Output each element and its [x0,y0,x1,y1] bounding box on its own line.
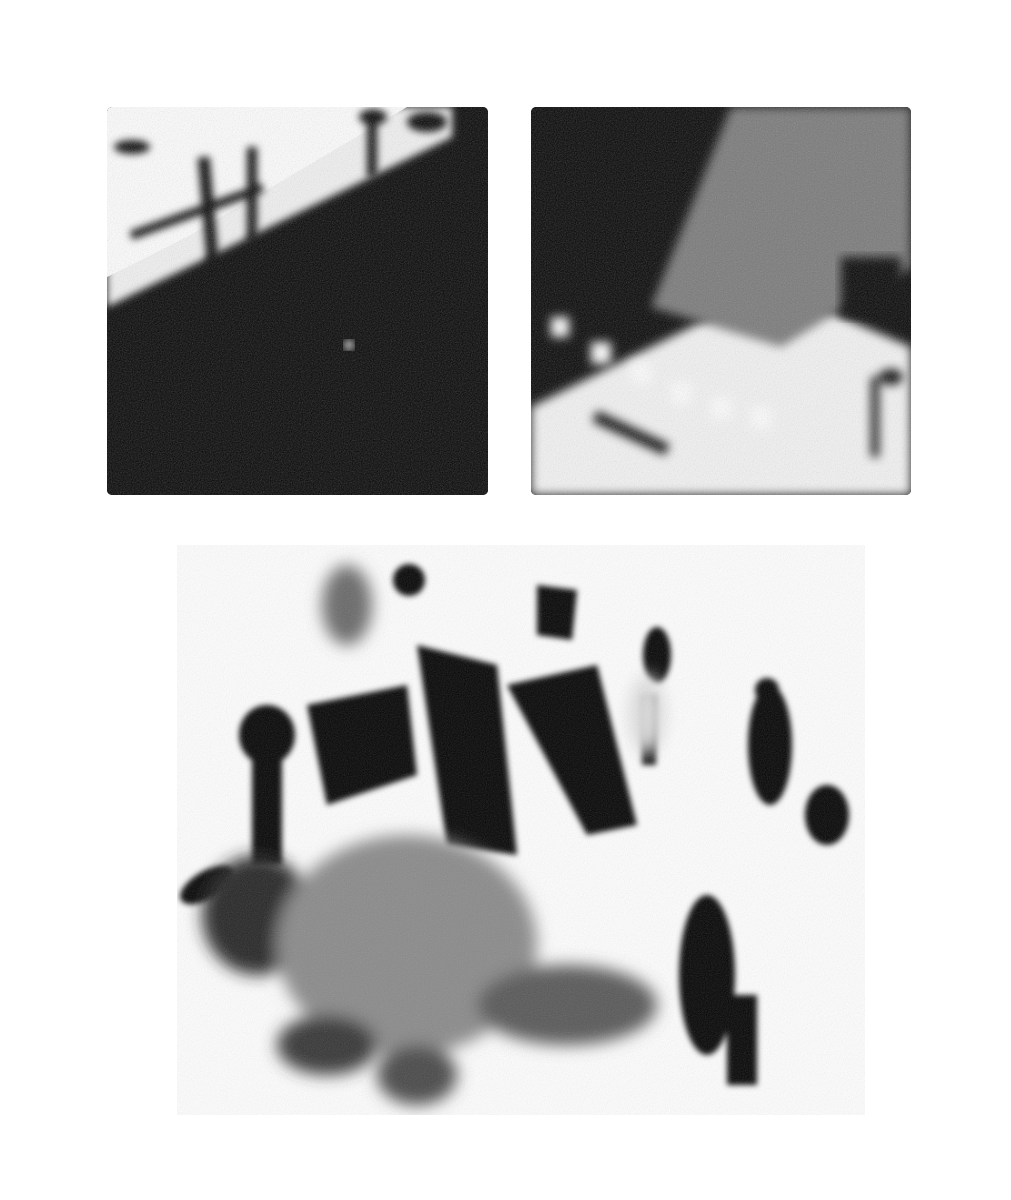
photo-railing-shadow [107,107,488,495]
photo-2-drawing [531,107,911,495]
photo-3-drawing [177,545,865,1115]
photo-striped-structure [531,107,911,495]
photo-dancing-crowd [177,545,865,1115]
photo-1-drawing [107,107,488,495]
